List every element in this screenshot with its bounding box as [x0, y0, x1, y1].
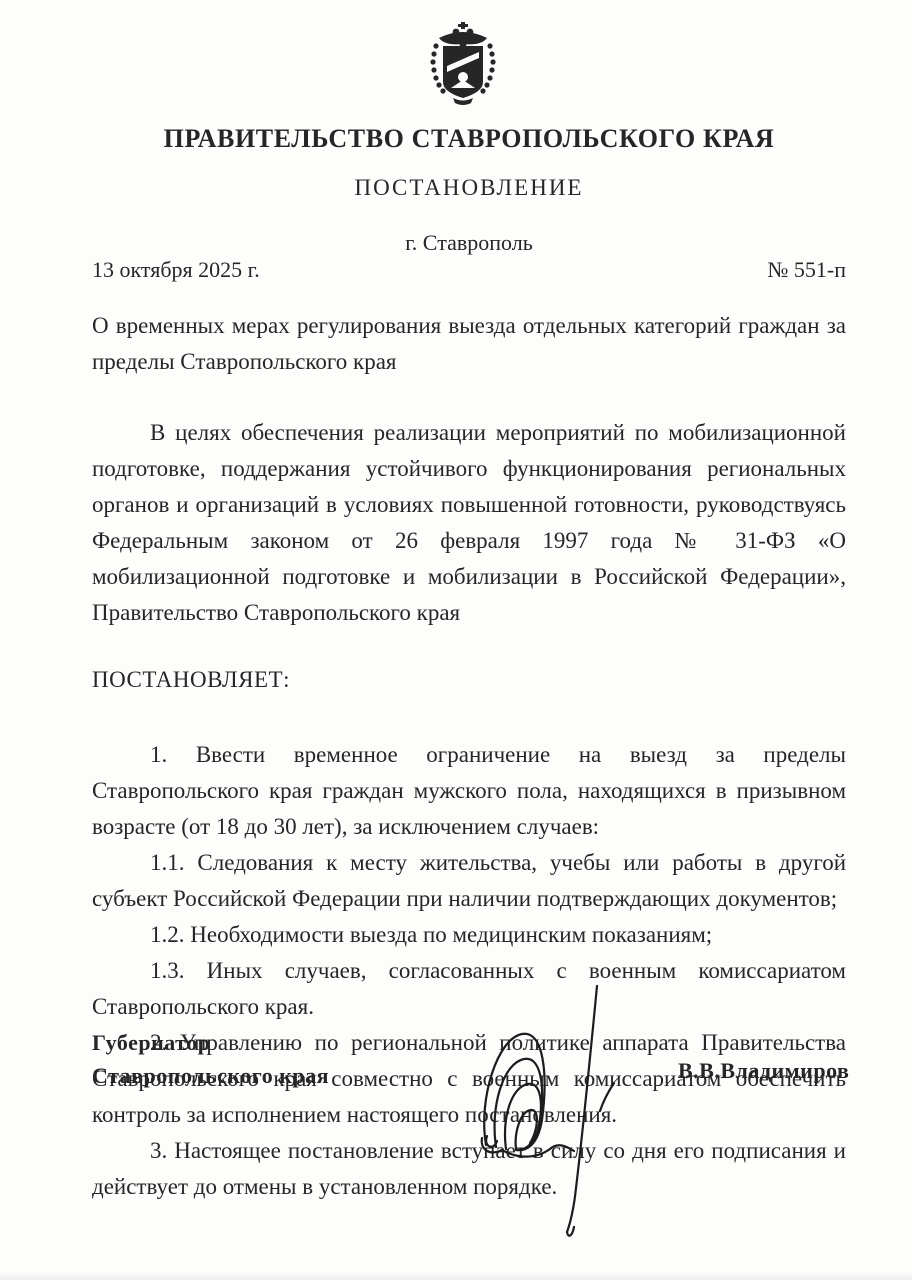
document-title: О временных мерах регулирования выезда о… [92, 308, 846, 380]
signatory-position-line1: Губернатор [92, 1026, 329, 1059]
resolution-items: 1. Ввести временное ограничение на выезд… [92, 737, 846, 1205]
date-number-row: 13 октября 2025 г. № 551-п [92, 257, 846, 283]
signatory-position: Губернатор Ставропольского края [92, 1026, 329, 1092]
item-1: 1. Ввести временное ограничение на выезд… [92, 737, 846, 845]
document-number: № 551-п [767, 257, 846, 283]
item-1-3: 1.3. Иных случаев, согласованных с военн… [92, 953, 846, 1025]
document-type-label: ПОСТАНОВЛЕНИЕ [92, 175, 846, 201]
city-line: г. Ставрополь [92, 230, 846, 256]
signatory-position-line2: Ставропольского края [92, 1059, 329, 1092]
document-date: 13 октября 2025 г. [92, 257, 260, 283]
emblem-container [0, 0, 912, 110]
item-1-2: 1.2. Необходимости выезда по медицинским… [92, 917, 846, 953]
handwritten-signature-icon [476, 980, 626, 1247]
preamble-paragraph: В целях обеспечения реализации мероприят… [92, 415, 846, 631]
scan-edge-shadow [0, 1272, 912, 1280]
coat-of-arms-icon [429, 22, 497, 106]
item-1-1: 1.1. Следования к месту жительства, учеб… [92, 845, 846, 917]
org-name-heading: ПРАВИТЕЛЬСТВО СТАВРОПОЛЬСКОГО КРАЯ [92, 124, 846, 154]
decree-document-page: ПРАВИТЕЛЬСТВО СТАВРОПОЛЬСКОГО КРАЯ ПОСТА… [0, 0, 912, 1280]
item-3: 3. Настоящее постановление вступает в си… [92, 1133, 846, 1205]
signatory-name: В.В.Владимиров [678, 1058, 849, 1084]
resolves-label: ПОСТАНОВЛЯЕТ: [92, 667, 846, 693]
